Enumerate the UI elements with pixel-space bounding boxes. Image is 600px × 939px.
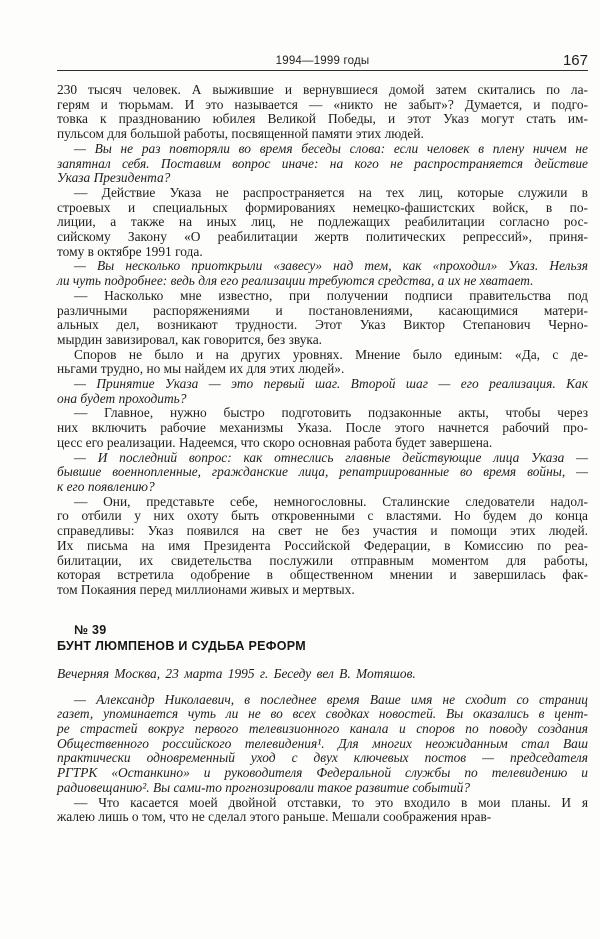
header-rule [57, 70, 588, 71]
text-line: альных дел, возникают трудности. Этот Ук… [57, 318, 588, 333]
section-text: — Александр Николаевич, в последнее врем… [57, 693, 588, 825]
text-line: которая встретила одобрение в общественн… [57, 568, 588, 583]
text-line: мырдин завизировал, как говорится, без з… [57, 333, 588, 348]
text-line: жалею лишь о том, что не сделал этого ра… [57, 810, 588, 825]
text-line: герям и тюрьмам. И это называется — «ник… [57, 98, 588, 113]
text-line: Их письма на имя Президента Российской Ф… [57, 539, 588, 554]
book-page: 1994—1999 годы 167 230 тысяч человек. А … [0, 0, 600, 939]
paragraph: — Александр Николаевич, в последнее врем… [57, 693, 588, 796]
text-line: ре страстей вокруг первого телевизионног… [57, 722, 588, 737]
paragraph: 230 тысяч человек. А выжившие и вернувши… [57, 83, 588, 142]
text-line: билитации, их свидетельства послужили от… [57, 554, 588, 569]
text-line: строевых и специальных формированиях нем… [57, 201, 588, 216]
section-heading: № 39 БУНТ ЛЮМПЕНОВ И СУДЬБА РЕФОРМ [57, 622, 588, 655]
text-line: запятнал себя. Поставим вопрос иначе: на… [57, 157, 588, 172]
text-line: к его появлению? [57, 480, 588, 495]
running-title: 1994—1999 годы [57, 52, 588, 70]
text-line: — Что касается моей двойной отставки, то… [57, 796, 588, 811]
text-line: газет, упоминается чуть ли не во всех св… [57, 707, 588, 722]
text-line: — Действие Указа не распространяется на … [57, 186, 588, 201]
text-line: — Они, представьте себе, немногословны. … [57, 495, 588, 510]
text-line: — И последний вопрос: как отнеслись глав… [57, 451, 588, 466]
text-line: РГТРК «Останкино» и руководителя Федерал… [57, 766, 588, 781]
text-line: пульсом для большой работы, посвященной … [57, 127, 588, 142]
text-line: — Насколько мне известно, при получении … [57, 289, 588, 304]
text-line: сийскому Закону «О реабилитации жертв по… [57, 230, 588, 245]
text-line: радиовещанию². Вы сами-то прогнозировали… [57, 781, 588, 796]
text-line: ли чуть подробнее: ведь для его реализац… [57, 274, 588, 289]
paragraph: — Они, представьте себе, немногословны. … [57, 495, 588, 598]
text-column: 1994—1999 годы 167 230 тысяч человек. А … [57, 52, 588, 825]
text-line: том Покаяния перед миллионами живых и ме… [57, 583, 588, 598]
text-line: Общественного российского телевидения¹. … [57, 737, 588, 752]
running-header: 1994—1999 годы 167 [57, 52, 588, 70]
text-line: 230 тысяч человек. А выжившие и вернувши… [57, 83, 588, 98]
paragraph: — Главное, нужно быстро подготовить подз… [57, 406, 588, 450]
text-line: — Главное, нужно быстро подготовить подз… [57, 406, 588, 421]
paragraph: Споров не было и на других уровнях. Мнен… [57, 348, 588, 377]
text-line: она будет проходить? [57, 392, 588, 407]
body-text: 230 тысяч человек. А выжившие и вернувши… [57, 83, 588, 598]
paragraph: — Насколько мне известно, при получении … [57, 289, 588, 348]
text-line: Указа Президента? [57, 171, 588, 186]
text-line: тому в октябре 1991 года. [57, 245, 588, 260]
text-line: го отбили у них охоту быть откровенными … [57, 509, 588, 524]
section-title: БУНТ ЛЮМПЕНОВ И СУДЬБА РЕФОРМ [57, 638, 588, 655]
source-line: Вечерняя Москва, 23 марта 1995 г. Беседу… [57, 666, 588, 681]
text-line: практически одновременный уход с двух кл… [57, 751, 588, 766]
paragraph: — Действие Указа не распространяется на … [57, 186, 588, 260]
paragraph: — Принятие Указа — это первый шаг. Второ… [57, 377, 588, 406]
text-line: ньгами трудно, но мы найдем их для этих … [57, 362, 588, 377]
paragraph: — Вы не раз повторяли во время беседы сл… [57, 142, 588, 186]
text-line: лиции, а также на иных лиц, не подлежащи… [57, 215, 588, 230]
text-line: — Вы несколько приоткрыли «завесу» над т… [57, 259, 588, 274]
paragraph: — Вы несколько приоткрыли «завесу» над т… [57, 259, 588, 288]
text-line: бывшие военнопленные, гражданские лица, … [57, 465, 588, 480]
text-line: Споров не было и на других уровнях. Мнен… [57, 348, 588, 363]
text-line: товка к празднованию юбилея Великой Побе… [57, 112, 588, 127]
section-number: № 39 [57, 622, 588, 638]
text-line: — Принятие Указа — это первый шаг. Второ… [57, 377, 588, 392]
paragraph: — Что касается моей двойной отставки, то… [57, 796, 588, 825]
text-line: них включить рабочие механизмы Указа. По… [57, 421, 588, 436]
text-line: цесс его реализации. Надеемся, что скоро… [57, 436, 588, 451]
text-line: различными распоряжениями и постановлени… [57, 304, 588, 319]
page-number: 167 [563, 52, 588, 69]
text-line: — Вы не раз повторяли во время беседы сл… [57, 142, 588, 157]
text-line: — Александр Николаевич, в последнее врем… [57, 693, 588, 708]
paragraph: — И последний вопрос: как отнеслись глав… [57, 451, 588, 495]
text-line: справедливы: Указ появился на свет не бе… [57, 524, 588, 539]
